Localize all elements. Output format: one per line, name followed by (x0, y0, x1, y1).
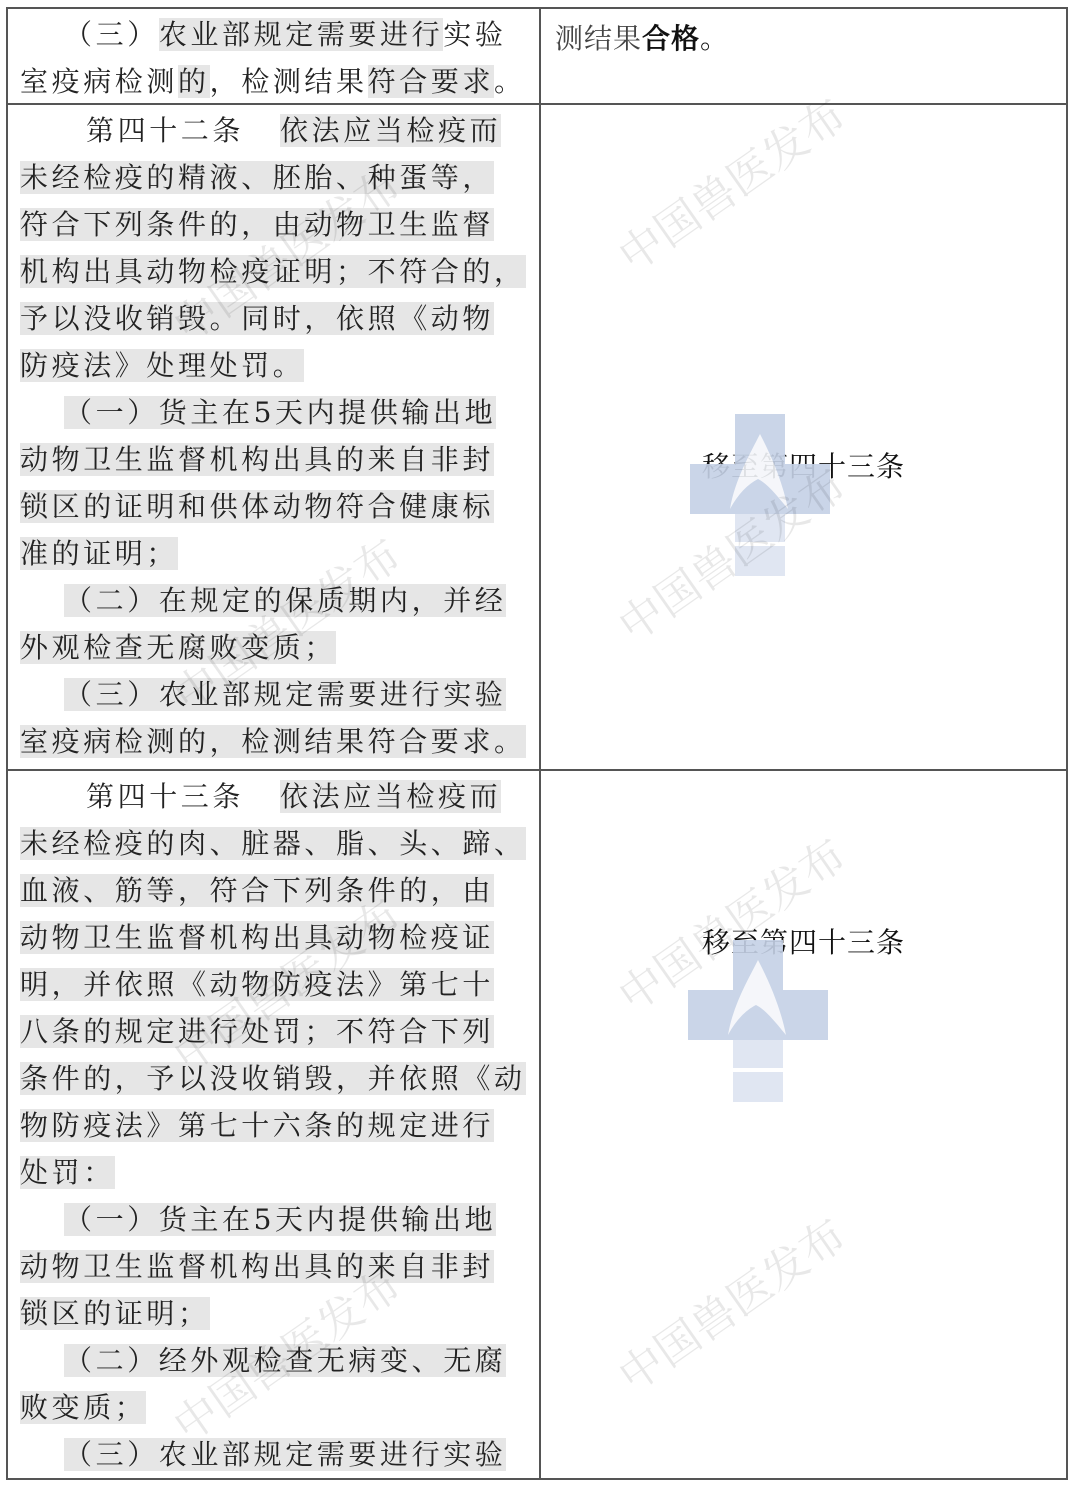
original-text-cell: 第四十二条依法应当检疫而 未经检疫的精液、胚胎、种蛋等， 符合下列条件的，由动物… (8, 105, 541, 769)
article-42-paragraph: 第四十二条依法应当检疫而 未经检疫的精液、胚胎、种蛋等， 符合下列条件的，由动物… (20, 107, 529, 765)
text-line: 明，并依照《动物防疫法》第七十 (20, 961, 529, 1008)
text-line: 符合下列条件的，由动物卫生监督 (20, 201, 529, 248)
text-line: 血液、筋等，符合下列条件的，由 (20, 867, 529, 914)
original-text-cell: （三）农业部规定需要进行实验 室疫病检测的，检测结果符合要求。 (8, 9, 541, 103)
text-line: 予以没收销毁。同时，依照《动物 (20, 295, 529, 342)
text-line: 败变质； (20, 1384, 529, 1431)
text-line: （一）货主在5天内提供输出地 (20, 1196, 529, 1243)
article-label: 第四十二条 (86, 114, 244, 147)
text-line: （三）农业部规定需要进行实验 (20, 11, 529, 58)
revised-text: 测结果合格。 (555, 17, 729, 57)
text-line: 第四十二条依法应当检疫而 (20, 107, 529, 154)
moved-note: 移至第四十三条 (541, 921, 1066, 961)
table-row: （三）农业部规定需要进行实验 室疫病检测的，检测结果符合要求。 测结果合格。 (8, 9, 1066, 105)
text-line: 锁区的证明； (20, 1290, 529, 1337)
original-text-cell: 第四十三条依法应当检疫而 未经检疫的肉、脏器、脂、头、蹄、 血液、筋等，符合下列… (8, 771, 541, 1480)
clause-paragraph: （三）农业部规定需要进行实验 室疫病检测的，检测结果符合要求。 (20, 11, 529, 103)
text-line: （三）农业部规定需要进行实验 (20, 1431, 529, 1478)
text-line: （三）农业部规定需要进行实验 (20, 671, 529, 718)
text-line: 室疫病检测的，检测结果符合要求。 (20, 718, 529, 765)
text-line: 处罚： (20, 1149, 529, 1196)
table-row: 第四十二条依法应当检疫而 未经检疫的精液、胚胎、种蛋等， 符合下列条件的，由动物… (8, 105, 1066, 771)
text-line: 动物卫生监督机构出具的来自非封 (20, 1243, 529, 1290)
text-line: 动物卫生监督机构出具动物检疫证 (20, 914, 529, 961)
revised-text-cell: 移至第四十三条 (541, 771, 1066, 1480)
revised-text-cell: 移至第四十三条 (541, 105, 1066, 769)
document-page: （三）农业部规定需要进行实验 室疫病检测的，检测结果符合要求。 测结果合格。 第… (0, 0, 1080, 1493)
text-line: 锁区的证明和供体动物符合健康标 (20, 483, 529, 530)
text-line: 室疫病检测的，检测结果符合要求。 (20, 58, 529, 103)
text-line: 八条的规定进行处罚；不符合下列 (20, 1008, 529, 1055)
article-label: 第四十三条 (86, 780, 244, 813)
text-line: 未经检疫的精液、胚胎、种蛋等， (20, 154, 529, 201)
text-line: （二）经外观检查无病变、无腐 (20, 1337, 529, 1384)
text-line: 未经检疫的肉、脏器、脂、头、蹄、 (20, 820, 529, 867)
text-line: 条件的，予以没收销毁，并依照《动 (20, 1055, 529, 1102)
text-line: 防疫法》处理处罚。 (20, 342, 529, 389)
text-line: 机构出具动物检疫证明；不符合的， (20, 248, 529, 295)
text-line: 物防疫法》第七十六条的规定进行 (20, 1102, 529, 1149)
text-line: （二）在规定的保质期内，并经 (20, 577, 529, 624)
moved-note: 移至第四十三条 (541, 445, 1066, 485)
text-line: 准的证明； (20, 530, 529, 577)
table-row: 第四十三条依法应当检疫而 未经检疫的肉、脏器、脂、头、蹄、 血液、筋等，符合下列… (8, 771, 1066, 1480)
comparison-table: （三）农业部规定需要进行实验 室疫病检测的，检测结果符合要求。 测结果合格。 第… (6, 7, 1068, 1480)
text-line: （一）货主在5天内提供输出地 (20, 389, 529, 436)
revised-text-cell: 测结果合格。 (541, 9, 1066, 103)
article-43-paragraph: 第四十三条依法应当检疫而 未经检疫的肉、脏器、脂、头、蹄、 血液、筋等，符合下列… (20, 773, 529, 1478)
text-line: 动物卫生监督机构出具的来自非封 (20, 436, 529, 483)
text-line: 第四十三条依法应当检疫而 (20, 773, 529, 820)
text-line: 外观检查无腐败变质； (20, 624, 529, 671)
